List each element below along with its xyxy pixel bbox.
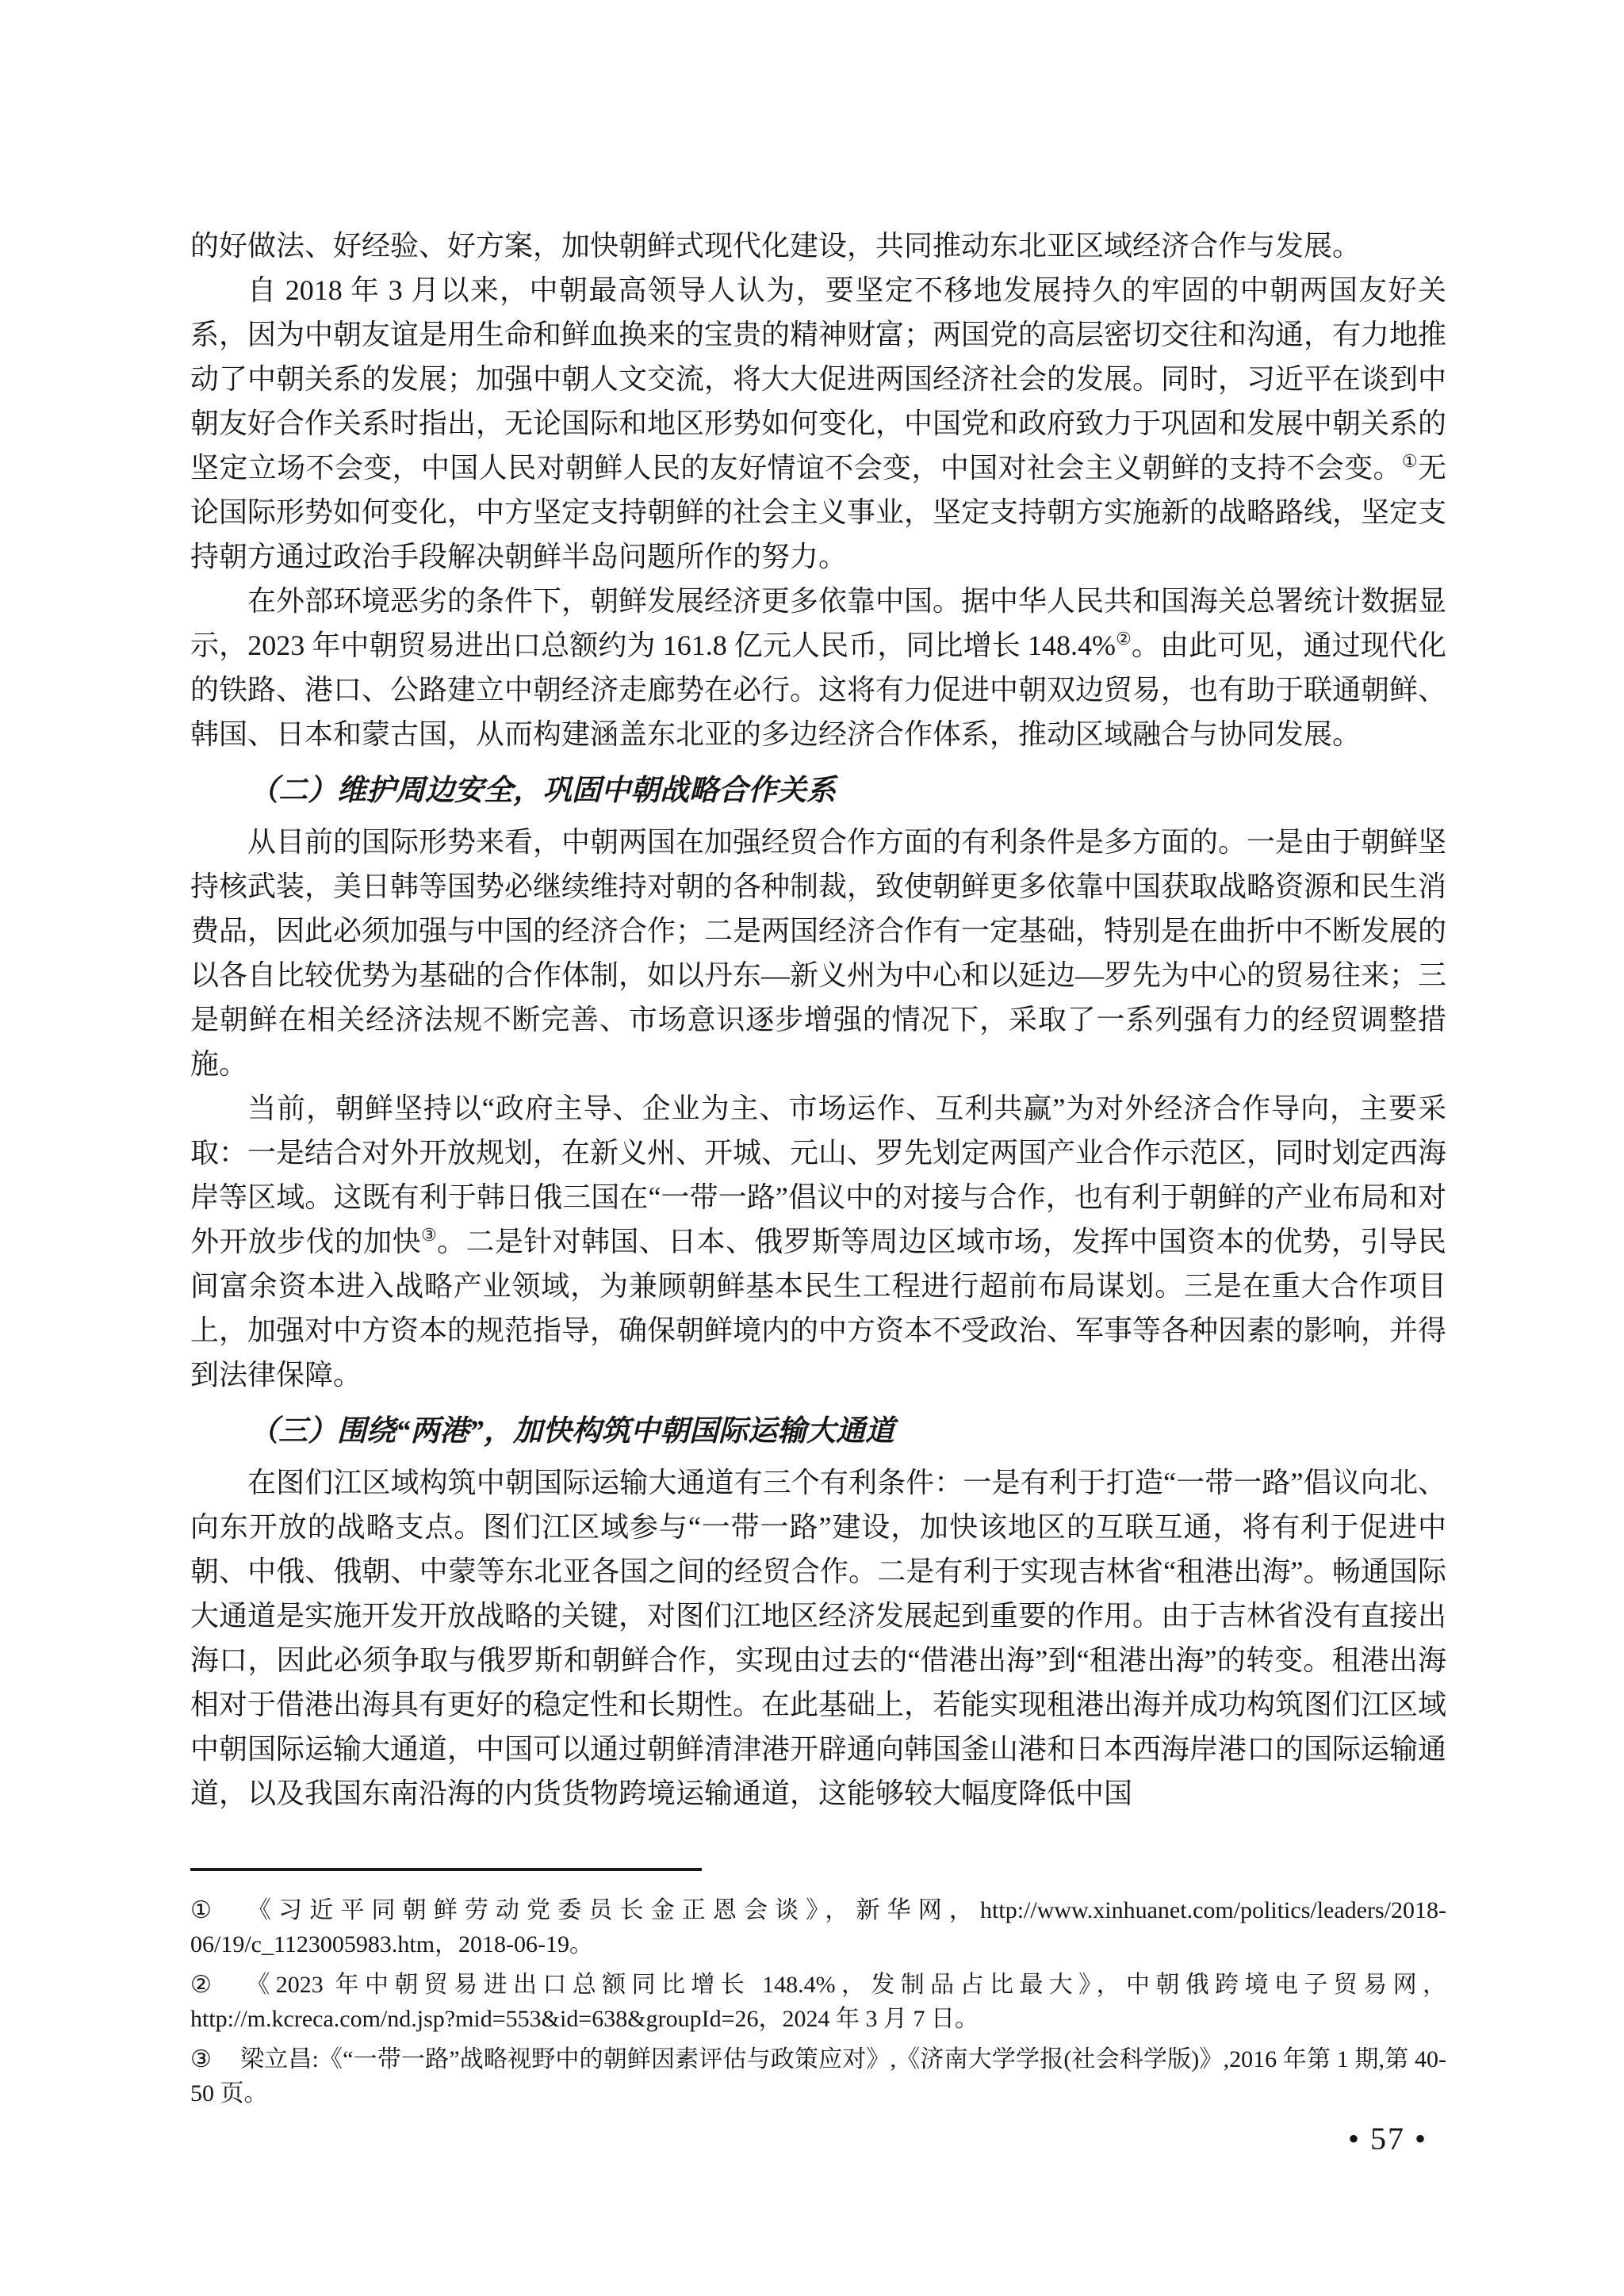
footnote-ref-2: ②	[1116, 629, 1132, 649]
article-body: 的好做法、好经验、好方案，加快朝鲜式现代化建设，共同推动东北亚区域经济合作与发展…	[190, 224, 1446, 1816]
paragraph-trade-statistics: 在外部环境恶劣的条件下，朝鲜发展经济更多依靠中国。据中华人民共和国海关总署统计数…	[190, 579, 1446, 756]
section-heading-2: （二）维护周边安全，巩固中朝战略合作关系	[190, 769, 1446, 813]
paragraph-text: 自 2018 年 3 月以来，中朝最高领导人认为，要坚定不移地发展持久的牢固的中…	[190, 274, 1446, 484]
footnote-3: ③梁立昌:《“一带一路”战略视野中的朝鲜因素评估与政策应对》,《济南大学学报(社…	[190, 2042, 1446, 2110]
paragraph-continuation: 的好做法、好经验、好方案，加快朝鲜式现代化建设，共同推动东北亚区域经济合作与发展…	[190, 224, 1446, 268]
footnote-ref-1: ①	[1402, 451, 1418, 471]
document-page: 的好做法、好经验、好方案，加快朝鲜式现代化建设，共同推动东北亚区域经济合作与发展…	[0, 0, 1624, 2296]
footnote-3-text: 梁立昌:《“一带一路”战略视野中的朝鲜因素评估与政策应对》,《济南大学学报(社会…	[190, 2046, 1446, 2107]
footnote-1: ①《习近平同朝鲜劳动党委员长金正恩会谈》，新华网，http://www.xinh…	[190, 1893, 1446, 1961]
paragraph-current-policy: 当前，朝鲜坚持以“政府主导、企业为主、市场运作、互利共赢”为对外经济合作导向，主…	[190, 1086, 1446, 1397]
footnote-1-text: 《习近平同朝鲜劳动党委员长金正恩会谈》，新华网，http://www.xinhu…	[190, 1897, 1446, 1957]
section-heading-3: （三）围绕“两港”，加快构筑中朝国际运输大通道	[190, 1410, 1446, 1454]
paragraph-tumen-corridor: 在图们江区域构筑中朝国际运输大通道有三个有利条件：一是有利于打造“一带一路”倡议…	[190, 1460, 1446, 1816]
footnote-3-marker: ③	[190, 2046, 212, 2072]
footnotes-section: ①《习近平同朝鲜劳动党委员长金正恩会谈》，新华网，http://www.xinh…	[190, 1868, 1446, 2117]
footnote-1-marker: ①	[190, 1897, 219, 1923]
page-number: • 57 •	[1348, 2120, 1427, 2157]
paragraph-leaders-friendship: 自 2018 年 3 月以来，中朝最高领导人认为，要坚定不移地发展持久的牢固的中…	[190, 268, 1446, 579]
footnote-ref-3: ③	[421, 1225, 437, 1245]
footnote-2-marker: ②	[190, 1972, 217, 1998]
paragraph-favorable-conditions: 从目前的国际形势来看，中朝两国在加强经贸合作方面的有利条件是多方面的。一是由于朝…	[190, 820, 1446, 1086]
footnote-2-text: 《2023 年中朝贸易进出口总额同比增长 148.4%，发制品占比最大》，中朝俄…	[190, 1972, 1446, 2032]
footnote-2: ②《2023 年中朝贸易进出口总额同比增长 148.4%，发制品占比最大》，中朝…	[190, 1968, 1446, 2036]
footnote-divider	[190, 1868, 702, 1871]
